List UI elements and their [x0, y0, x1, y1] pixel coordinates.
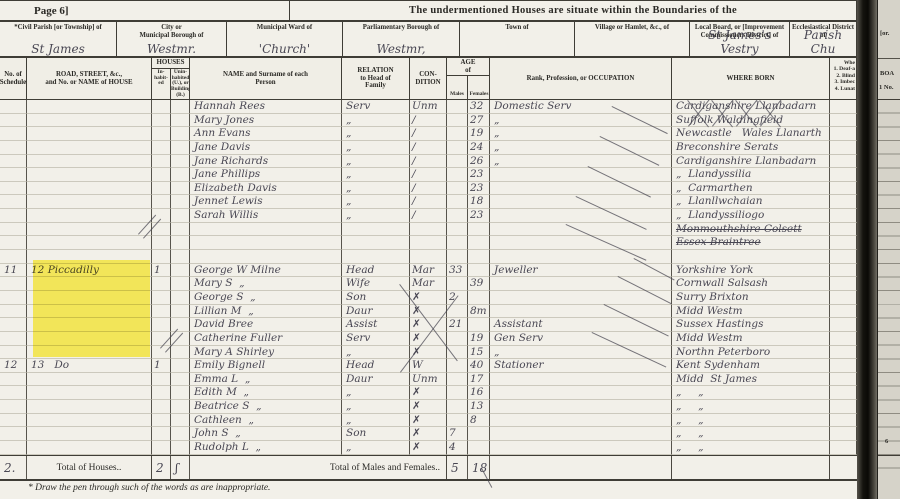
cell-name: Jennet Lewis	[190, 195, 342, 209]
cell-uninhabited	[171, 155, 190, 169]
cell-road	[27, 400, 152, 414]
cell-name: Emily Bignell	[190, 359, 342, 373]
cell-road	[27, 250, 152, 264]
cell-condition: ✗	[410, 346, 447, 360]
neighbor-page-sliver: [or.BOA1 No.6	[877, 0, 900, 499]
cell-born: Midd Westm	[672, 332, 830, 346]
cell-age-female	[468, 264, 490, 278]
cell-road	[27, 346, 152, 360]
cell-schedule	[0, 168, 27, 182]
cell-age-male	[447, 114, 468, 128]
record-rows: Hannah Rees Serv Unm 32 Domestic Serv Ca…	[0, 100, 857, 455]
cell-inhabited	[152, 209, 171, 223]
cell-schedule	[0, 141, 27, 155]
cell-road	[27, 141, 152, 155]
cell-name: Edith M „	[190, 386, 342, 400]
cell-disability	[830, 305, 857, 319]
table-row: Jane Richards „ / 26 „ Cardiganshire Lla…	[0, 155, 857, 169]
cell-inhabited	[152, 427, 171, 441]
cell-age-male	[447, 155, 468, 169]
table-row: Mary A Shirley „ ✗ 15 „ Northn Peterboro	[0, 346, 857, 360]
cell-age-male	[447, 277, 468, 291]
col-houses-label: HOUSES	[152, 58, 189, 69]
cell-uninhabited	[171, 291, 190, 305]
cell-relation: „	[342, 155, 410, 169]
cell-born: Essex Braintree	[672, 236, 830, 250]
header-box: Ecclesiastical District ofParish Chu	[790, 22, 857, 56]
cell-condition	[410, 250, 447, 264]
cell-born: „ „	[672, 400, 830, 414]
cell-born: Yorkshire York	[672, 264, 830, 278]
cell-age-male	[447, 386, 468, 400]
cell-age-female: 32	[468, 100, 490, 114]
cell-age-male: 4	[447, 441, 468, 455]
cell-occupation	[490, 250, 672, 264]
cell-age-female: 23	[468, 209, 490, 223]
cell-condition: ✗	[410, 291, 447, 305]
cell-name: Lillian M „	[190, 305, 342, 319]
neighbor-ruled-lines	[878, 100, 900, 481]
cell-age-female: 8m	[468, 305, 490, 319]
cell-occupation: Domestic Serv	[490, 100, 672, 114]
cell-schedule	[0, 441, 27, 455]
cell-age-female	[468, 250, 490, 264]
cell-inhabited	[152, 291, 171, 305]
header-box-label: Village or Hamlet, &c., of	[575, 22, 689, 32]
cell-age-female: 27	[468, 114, 490, 128]
cell-disability	[830, 250, 857, 264]
header-box-label: Municipal Ward of	[227, 22, 342, 32]
cell-disability	[830, 114, 857, 128]
cell-born: Midd St James	[672, 373, 830, 387]
col-age: AGE of Males Females	[447, 58, 490, 99]
cell-schedule	[0, 305, 27, 319]
cell-relation: „	[342, 141, 410, 155]
cell-relation: „	[342, 114, 410, 128]
cell-age-male	[447, 250, 468, 264]
cell-occupation	[490, 182, 672, 196]
col-inhabited: In- habit- ed	[152, 69, 171, 99]
cell-relation: „	[342, 182, 410, 196]
header-box: Municipal Ward of'Church'	[227, 22, 343, 56]
cell-condition: /	[410, 141, 447, 155]
cell-relation: „	[342, 441, 410, 455]
col-road: ROAD, STREET, &c., and No. or NAME of HO…	[27, 58, 152, 99]
cell-age-female: 19	[468, 127, 490, 141]
cell-road	[27, 386, 152, 400]
cell-road	[27, 182, 152, 196]
table-row: Mary Jones „ / 27 „ Suffolk Waldingfield	[0, 114, 857, 128]
cell-inhabited	[152, 236, 171, 250]
cell-schedule	[0, 209, 27, 223]
cell-uninhabited	[171, 250, 190, 264]
cell-schedule	[0, 223, 27, 237]
cell-disability	[830, 291, 857, 305]
cell-disability	[830, 277, 857, 291]
cell-age-female: 40	[468, 359, 490, 373]
cell-road	[27, 291, 152, 305]
cell-occupation	[490, 305, 672, 319]
cell-condition: Unm	[410, 373, 447, 387]
cell-born: Monmouthshire Colsett	[672, 223, 830, 237]
cell-name: Mary Jones	[190, 114, 342, 128]
cell-condition: Unm	[410, 100, 447, 114]
cell-relation: „	[342, 386, 410, 400]
cell-road	[27, 236, 152, 250]
cell-relation: „	[342, 346, 410, 360]
cell-road	[27, 114, 152, 128]
cell-disability	[830, 100, 857, 114]
cell-age-male	[447, 414, 468, 428]
cell-road	[27, 441, 152, 455]
cell-inhabited	[152, 195, 171, 209]
cell-disability	[830, 346, 857, 360]
cell-born: „ Llandyssilia	[672, 168, 830, 182]
header-box-value: Westmr.	[117, 42, 226, 56]
cell-relation: Assist	[342, 318, 410, 332]
cell-disability	[830, 441, 857, 455]
cell-disability	[830, 155, 857, 169]
cell-inhabited	[152, 277, 171, 291]
cell-disability	[830, 427, 857, 441]
neighbor-text-fragment: BOA	[880, 70, 894, 77]
cell-age-male	[447, 359, 468, 373]
cell-schedule	[0, 400, 27, 414]
cell-age-male	[447, 168, 468, 182]
cell-name: Ann Evans	[190, 127, 342, 141]
cell-road	[27, 373, 152, 387]
cell-relation: „	[342, 414, 410, 428]
cell-condition: ✗	[410, 332, 447, 346]
cell-born: „ Llanllwchaian	[672, 195, 830, 209]
cell-born: Breconshire Serats	[672, 141, 830, 155]
cell-relation: Daur	[342, 305, 410, 319]
header-box: Town of	[460, 22, 575, 56]
cell-uninhabited	[171, 168, 190, 182]
cell-inhabited	[152, 223, 171, 237]
cell-uninhabited	[171, 359, 190, 373]
cell-occupation: „	[490, 114, 672, 128]
cell-road: 13 Do	[27, 359, 152, 373]
cell-age-male	[447, 100, 468, 114]
cell-inhabited	[152, 346, 171, 360]
cell-condition: ✗	[410, 386, 447, 400]
cell-condition: Mar	[410, 277, 447, 291]
cell-occupation: Gen Serv	[490, 332, 672, 346]
cell-uninhabited	[171, 400, 190, 414]
cell-disability	[830, 141, 857, 155]
table-row: John S „ Son ✗ 7 „ „	[0, 427, 857, 441]
table-row: Rudolph L „ „ ✗ 4 „ „	[0, 441, 857, 455]
col-disability: Whe 1. Deaf-a 2. Blind 3. Imbec 4. Lunat	[830, 58, 857, 99]
cell-age-male	[447, 182, 468, 196]
cell-born: Cardiganshire Llanbadarn	[672, 155, 830, 169]
cell-name: Jane Richards	[190, 155, 342, 169]
cell-condition: ✗	[410, 427, 447, 441]
table-row: Jane Davis „ / 24 „ Breconshire Serats	[0, 141, 857, 155]
header-box-value: Westmr,	[343, 42, 459, 56]
cell-inhabited: 1	[152, 264, 171, 278]
total-schedules: 2.	[0, 456, 27, 479]
cell-born: „ Carmarthen	[672, 182, 830, 196]
cell-road	[27, 223, 152, 237]
neighbor-text-fragment: 1 No.	[879, 84, 893, 91]
cell-inhabited	[152, 182, 171, 196]
cell-inhabited	[152, 414, 171, 428]
totals-row: 2. Total of Houses.. 2 ʃ Total of Males …	[0, 455, 857, 481]
cell-schedule: 11	[0, 264, 27, 278]
cell-name: Hannah Rees	[190, 100, 342, 114]
cell-disability	[830, 264, 857, 278]
census-scan-page: Page 6] The undermentioned Houses are si…	[0, 0, 900, 499]
cell-occupation	[490, 277, 672, 291]
cell-occupation	[490, 441, 672, 455]
table-row: Mary S „ Wife Mar 39 Cornwall Salsash	[0, 277, 857, 291]
cell-condition: /	[410, 168, 447, 182]
header-box-label: Town of	[460, 22, 574, 32]
col-age-label: AGE of	[447, 58, 489, 76]
cell-age-male: 33	[447, 264, 468, 278]
cell-disability	[830, 414, 857, 428]
cell-condition: W	[410, 359, 447, 373]
table-row: Elizabeth Davis „ / 23 „ Carmarthen	[0, 182, 857, 196]
cell-condition: Mar	[410, 264, 447, 278]
neighbor-text-fragment: [or.	[880, 30, 889, 37]
cell-relation: „	[342, 168, 410, 182]
cell-condition: ✗	[410, 441, 447, 455]
cell-road	[27, 305, 152, 319]
cell-age-female: 18	[468, 195, 490, 209]
cell-schedule: 12	[0, 359, 27, 373]
cell-name: Elizabeth Davis	[190, 182, 342, 196]
cell-disability	[830, 386, 857, 400]
cell-age-female: 15	[468, 346, 490, 360]
cell-age-female: 39	[468, 277, 490, 291]
cell-condition: ✗	[410, 318, 447, 332]
cell-name: David Bree	[190, 318, 342, 332]
cell-road	[27, 100, 152, 114]
cell-schedule	[0, 182, 27, 196]
header-box: Local Board, or [Improvement Commissione…	[690, 22, 790, 56]
cell-schedule	[0, 250, 27, 264]
cell-uninhabited	[171, 195, 190, 209]
header-box-value: Parish Chu	[790, 28, 856, 56]
cell-occupation	[490, 373, 672, 387]
column-headers: No. of Schedule ROAD, STREET, &c., and N…	[0, 58, 857, 100]
cell-condition: /	[410, 209, 447, 223]
cell-relation: Daur	[342, 373, 410, 387]
total-born-empty	[490, 456, 672, 479]
cell-inhabited	[152, 168, 171, 182]
cell-schedule	[0, 236, 27, 250]
cell-occupation	[490, 291, 672, 305]
cell-name: Sarah Willis	[190, 209, 342, 223]
total-males: 5	[447, 456, 468, 479]
total-disability-empty	[672, 456, 830, 479]
cell-age-female: 24	[468, 141, 490, 155]
cell-occupation	[490, 414, 672, 428]
cell-disability	[830, 182, 857, 196]
cell-condition	[410, 223, 447, 237]
cell-uninhabited	[171, 264, 190, 278]
col-condition: CON- DITION	[410, 58, 447, 99]
cell-occupation: Stationer	[490, 359, 672, 373]
cell-born: „ „	[672, 386, 830, 400]
table-row: Jennet Lewis „ / 18 „ Llanllwchaian	[0, 195, 857, 209]
cell-schedule	[0, 318, 27, 332]
cell-condition: /	[410, 114, 447, 128]
cell-disability	[830, 373, 857, 387]
neighbor-rule	[878, 58, 900, 59]
cell-disability	[830, 168, 857, 182]
cell-relation: Serv	[342, 332, 410, 346]
col-males: Males	[447, 76, 468, 99]
table-row: Lillian M „ Daur ✗ 8m Midd Westm	[0, 305, 857, 319]
header-boxes: *Civil Parish [or Township] ofSt JamesCi…	[0, 22, 857, 58]
page-gutter	[857, 0, 877, 499]
cell-condition	[410, 236, 447, 250]
cell-schedule	[0, 332, 27, 346]
cell-uninhabited	[171, 223, 190, 237]
cell-born: Cardiganshire Llanbadarn	[672, 100, 830, 114]
cell-schedule	[0, 386, 27, 400]
cell-born: Suffolk Waldingfield	[672, 114, 830, 128]
cell-age-female: 17	[468, 373, 490, 387]
banner-box: The undermentioned Houses are situate wi…	[290, 1, 857, 20]
cell-schedule	[0, 373, 27, 387]
cell-relation: „	[342, 195, 410, 209]
cell-inhabited	[152, 305, 171, 319]
cell-age-male	[447, 373, 468, 387]
cell-uninhabited	[171, 386, 190, 400]
table-row: Emma L „ Daur Unm 17 Midd St James	[0, 373, 857, 387]
cell-born: Kent Sydenham	[672, 359, 830, 373]
cell-occupation: „	[490, 127, 672, 141]
cell-name: Emma L „	[190, 373, 342, 387]
cell-age-female	[468, 441, 490, 455]
cell-road	[27, 209, 152, 223]
cell-occupation	[490, 236, 672, 250]
cell-name	[190, 236, 342, 250]
table-row: 11 12 Piccadilly 1 George W Milne Head M…	[0, 264, 857, 278]
total-houses-label: Total of Houses..	[27, 456, 152, 479]
cell-name	[190, 250, 342, 264]
cell-born: „ „	[672, 414, 830, 428]
cell-occupation: Assistant	[490, 318, 672, 332]
cell-condition: ✗	[410, 414, 447, 428]
cell-name: John S „	[190, 427, 342, 441]
cell-inhabited	[152, 373, 171, 387]
cell-born	[672, 250, 830, 264]
col-born: WHERE BORN	[672, 58, 830, 99]
cell-relation: Son	[342, 291, 410, 305]
cell-age-male	[447, 305, 468, 319]
cell-age-female: 26	[468, 155, 490, 169]
table-row: Catherine Fuller Serv ✗ 19 Gen Serv Midd…	[0, 332, 857, 346]
cell-age-female	[468, 223, 490, 237]
cell-age-female: 23	[468, 182, 490, 196]
cell-road	[27, 127, 152, 141]
cell-age-female	[468, 318, 490, 332]
cell-relation	[342, 223, 410, 237]
cell-age-male	[447, 141, 468, 155]
cell-occupation: „	[490, 141, 672, 155]
header-box-value: St James's Vestry	[690, 28, 789, 56]
cell-age-male	[447, 223, 468, 237]
cell-name: Rudolph L „	[190, 441, 342, 455]
cell-age-female: 8	[468, 414, 490, 428]
cell-disability	[830, 359, 857, 373]
cell-name: George S „	[190, 291, 342, 305]
cell-uninhabited	[171, 318, 190, 332]
cell-disability	[830, 209, 857, 223]
cell-inhabited	[152, 441, 171, 455]
cell-born: „ „	[672, 441, 830, 455]
banner-text: The undermentioned Houses are situate wi…	[409, 5, 737, 16]
cell-schedule	[0, 100, 27, 114]
cell-schedule	[0, 114, 27, 128]
cell-uninhabited	[171, 346, 190, 360]
cell-uninhabited	[171, 141, 190, 155]
cell-name: Mary A Shirley	[190, 346, 342, 360]
cell-age-male	[447, 346, 468, 360]
cell-occupation	[490, 223, 672, 237]
cell-disability	[830, 318, 857, 332]
cell-uninhabited	[171, 114, 190, 128]
header-box-label: *Civil Parish [or Township] of	[0, 22, 116, 32]
cell-disability	[830, 400, 857, 414]
cell-age-male	[447, 209, 468, 223]
cell-schedule	[0, 346, 27, 360]
header-box-label: Parliamentary Borough of	[343, 22, 459, 32]
top-strip: Page 6] The undermentioned Houses are si…	[0, 0, 857, 22]
cell-relation: Wife	[342, 277, 410, 291]
table-row: Essex Braintree	[0, 236, 857, 250]
cell-relation	[342, 236, 410, 250]
col-houses: HOUSES In- habit- ed Unin- habited (U.),…	[152, 58, 190, 99]
cell-born: „ „	[672, 427, 830, 441]
cell-occupation	[490, 386, 672, 400]
cell-road	[27, 332, 152, 346]
cell-road	[27, 277, 152, 291]
cell-condition: /	[410, 127, 447, 141]
header-box: Village or Hamlet, &c., of	[575, 22, 690, 56]
cell-age-male: 2	[447, 291, 468, 305]
page-label-box: Page 6]	[0, 1, 290, 20]
neighbor-rule	[878, 455, 900, 456]
cell-relation: „	[342, 400, 410, 414]
cell-inhabited	[152, 332, 171, 346]
cell-schedule	[0, 277, 27, 291]
cell-born: „ Llandyssiliogo	[672, 209, 830, 223]
cell-age-male	[447, 400, 468, 414]
cell-age-female	[468, 427, 490, 441]
cell-disability	[830, 332, 857, 346]
cell-inhabited	[152, 141, 171, 155]
cell-road	[27, 427, 152, 441]
cell-age-female: 16	[468, 386, 490, 400]
cell-condition: ✗	[410, 400, 447, 414]
col-females: Females	[468, 76, 490, 99]
table-row: Edith M „ „ ✗ 16 „ „	[0, 386, 857, 400]
cell-relation	[342, 250, 410, 264]
cell-uninhabited	[171, 414, 190, 428]
cell-road: 12 Piccadilly	[27, 264, 152, 278]
cell-road	[27, 414, 152, 428]
cell-inhabited	[152, 318, 171, 332]
cell-age-male	[447, 332, 468, 346]
cell-age-male: 7	[447, 427, 468, 441]
